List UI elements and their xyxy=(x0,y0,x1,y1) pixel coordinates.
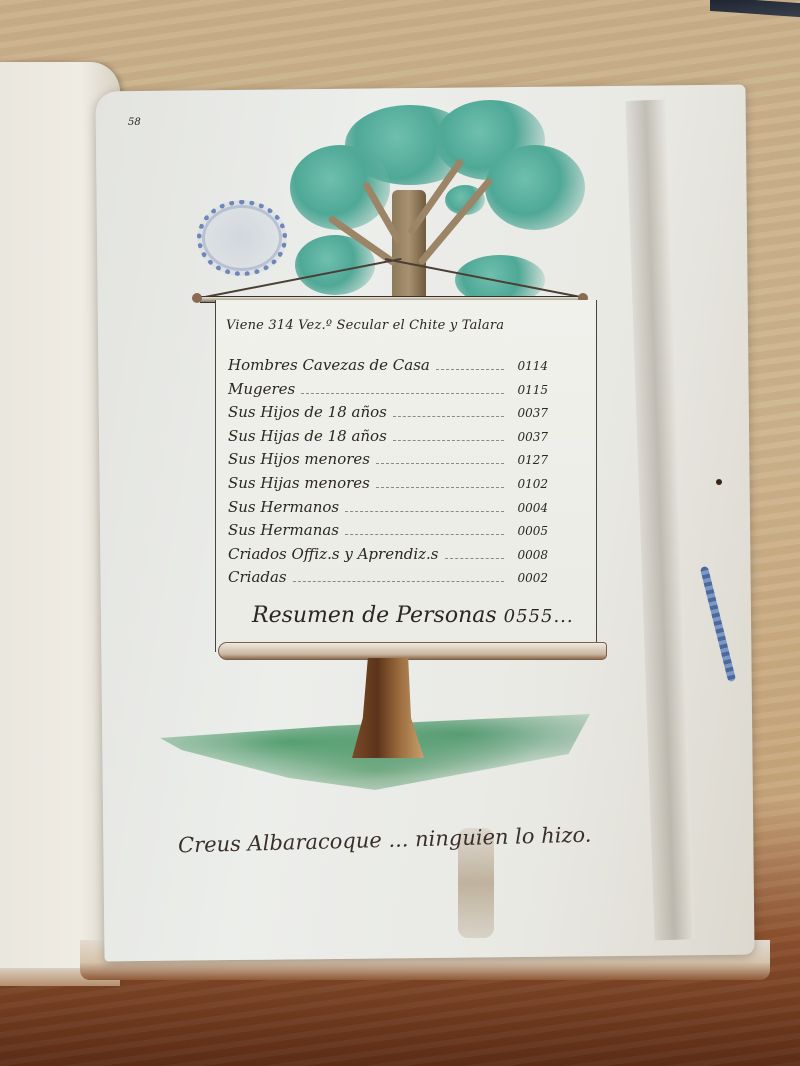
row-label: Hombres Cavezas de Casa xyxy=(228,356,430,374)
row-value: 0115 xyxy=(510,383,548,397)
row-leader xyxy=(345,534,504,535)
row-label: Sus Hijas menores xyxy=(228,474,370,492)
row-label: Sus Hermanas xyxy=(228,521,339,539)
row-leader xyxy=(376,463,504,464)
row-leader xyxy=(376,487,504,488)
row-leader xyxy=(345,511,504,512)
row-leader xyxy=(293,581,504,582)
summary-value: 0555... xyxy=(504,606,574,627)
tree-trunk-upper xyxy=(392,190,426,305)
census-header: Viene 314 Vez.º Secular el Chite y Talar… xyxy=(226,318,504,333)
census-row: Sus Hijas de 18 años 0037 xyxy=(228,427,548,451)
census-row: Hombres Cavezas de Casa 0114 xyxy=(228,356,548,380)
row-value: 0002 xyxy=(510,571,548,585)
census-row: Sus Hijas menores 0102 xyxy=(228,474,548,498)
census-table: Hombres Cavezas de Casa 0114 Mugeres 011… xyxy=(228,356,548,592)
row-label: Mugeres xyxy=(228,380,295,398)
row-leader xyxy=(393,440,504,441)
census-row: Sus Hermanos 0004 xyxy=(228,498,548,522)
tack-mark xyxy=(716,479,722,485)
row-value: 0127 xyxy=(510,453,548,467)
rod-knob-left xyxy=(192,293,202,303)
row-leader xyxy=(301,393,504,394)
row-leader xyxy=(393,416,504,417)
row-value: 0037 xyxy=(510,406,548,420)
census-row: Sus Hijos menores 0127 xyxy=(228,450,548,474)
census-row: Sus Hijos de 18 años 0037 xyxy=(228,403,548,427)
row-label: Sus Hermanos xyxy=(228,498,339,516)
row-value: 0008 xyxy=(510,548,548,562)
circular-seal-stamp-icon xyxy=(197,200,287,276)
row-label: Sus Hijos de 18 años xyxy=(228,403,387,421)
census-row: Criadas 0002 xyxy=(228,568,548,592)
row-value: 0037 xyxy=(510,430,548,444)
page-number: 58 xyxy=(128,117,141,128)
row-leader xyxy=(436,369,504,370)
banner-bottom-roll xyxy=(218,642,607,660)
row-leader xyxy=(445,558,505,559)
row-value: 0005 xyxy=(510,524,548,538)
summary-label: Resumen de Personas xyxy=(252,603,497,628)
row-label: Criados Offiz.s y Aprendiz.s xyxy=(228,545,439,563)
census-row: Mugeres 0115 xyxy=(228,380,548,404)
census-row: Sus Hermanas 0005 xyxy=(228,521,548,545)
row-value: 0114 xyxy=(510,359,548,373)
row-label: Criadas xyxy=(228,568,287,586)
census-summary: Resumen de Personas 0555... xyxy=(252,603,574,628)
row-value: 0102 xyxy=(510,477,548,491)
row-label: Sus Hijas de 18 años xyxy=(228,427,387,445)
row-label: Sus Hijos menores xyxy=(228,450,370,468)
census-row: Criados Offiz.s y Aprendiz.s 0008 xyxy=(228,545,548,569)
row-value: 0004 xyxy=(510,501,548,515)
